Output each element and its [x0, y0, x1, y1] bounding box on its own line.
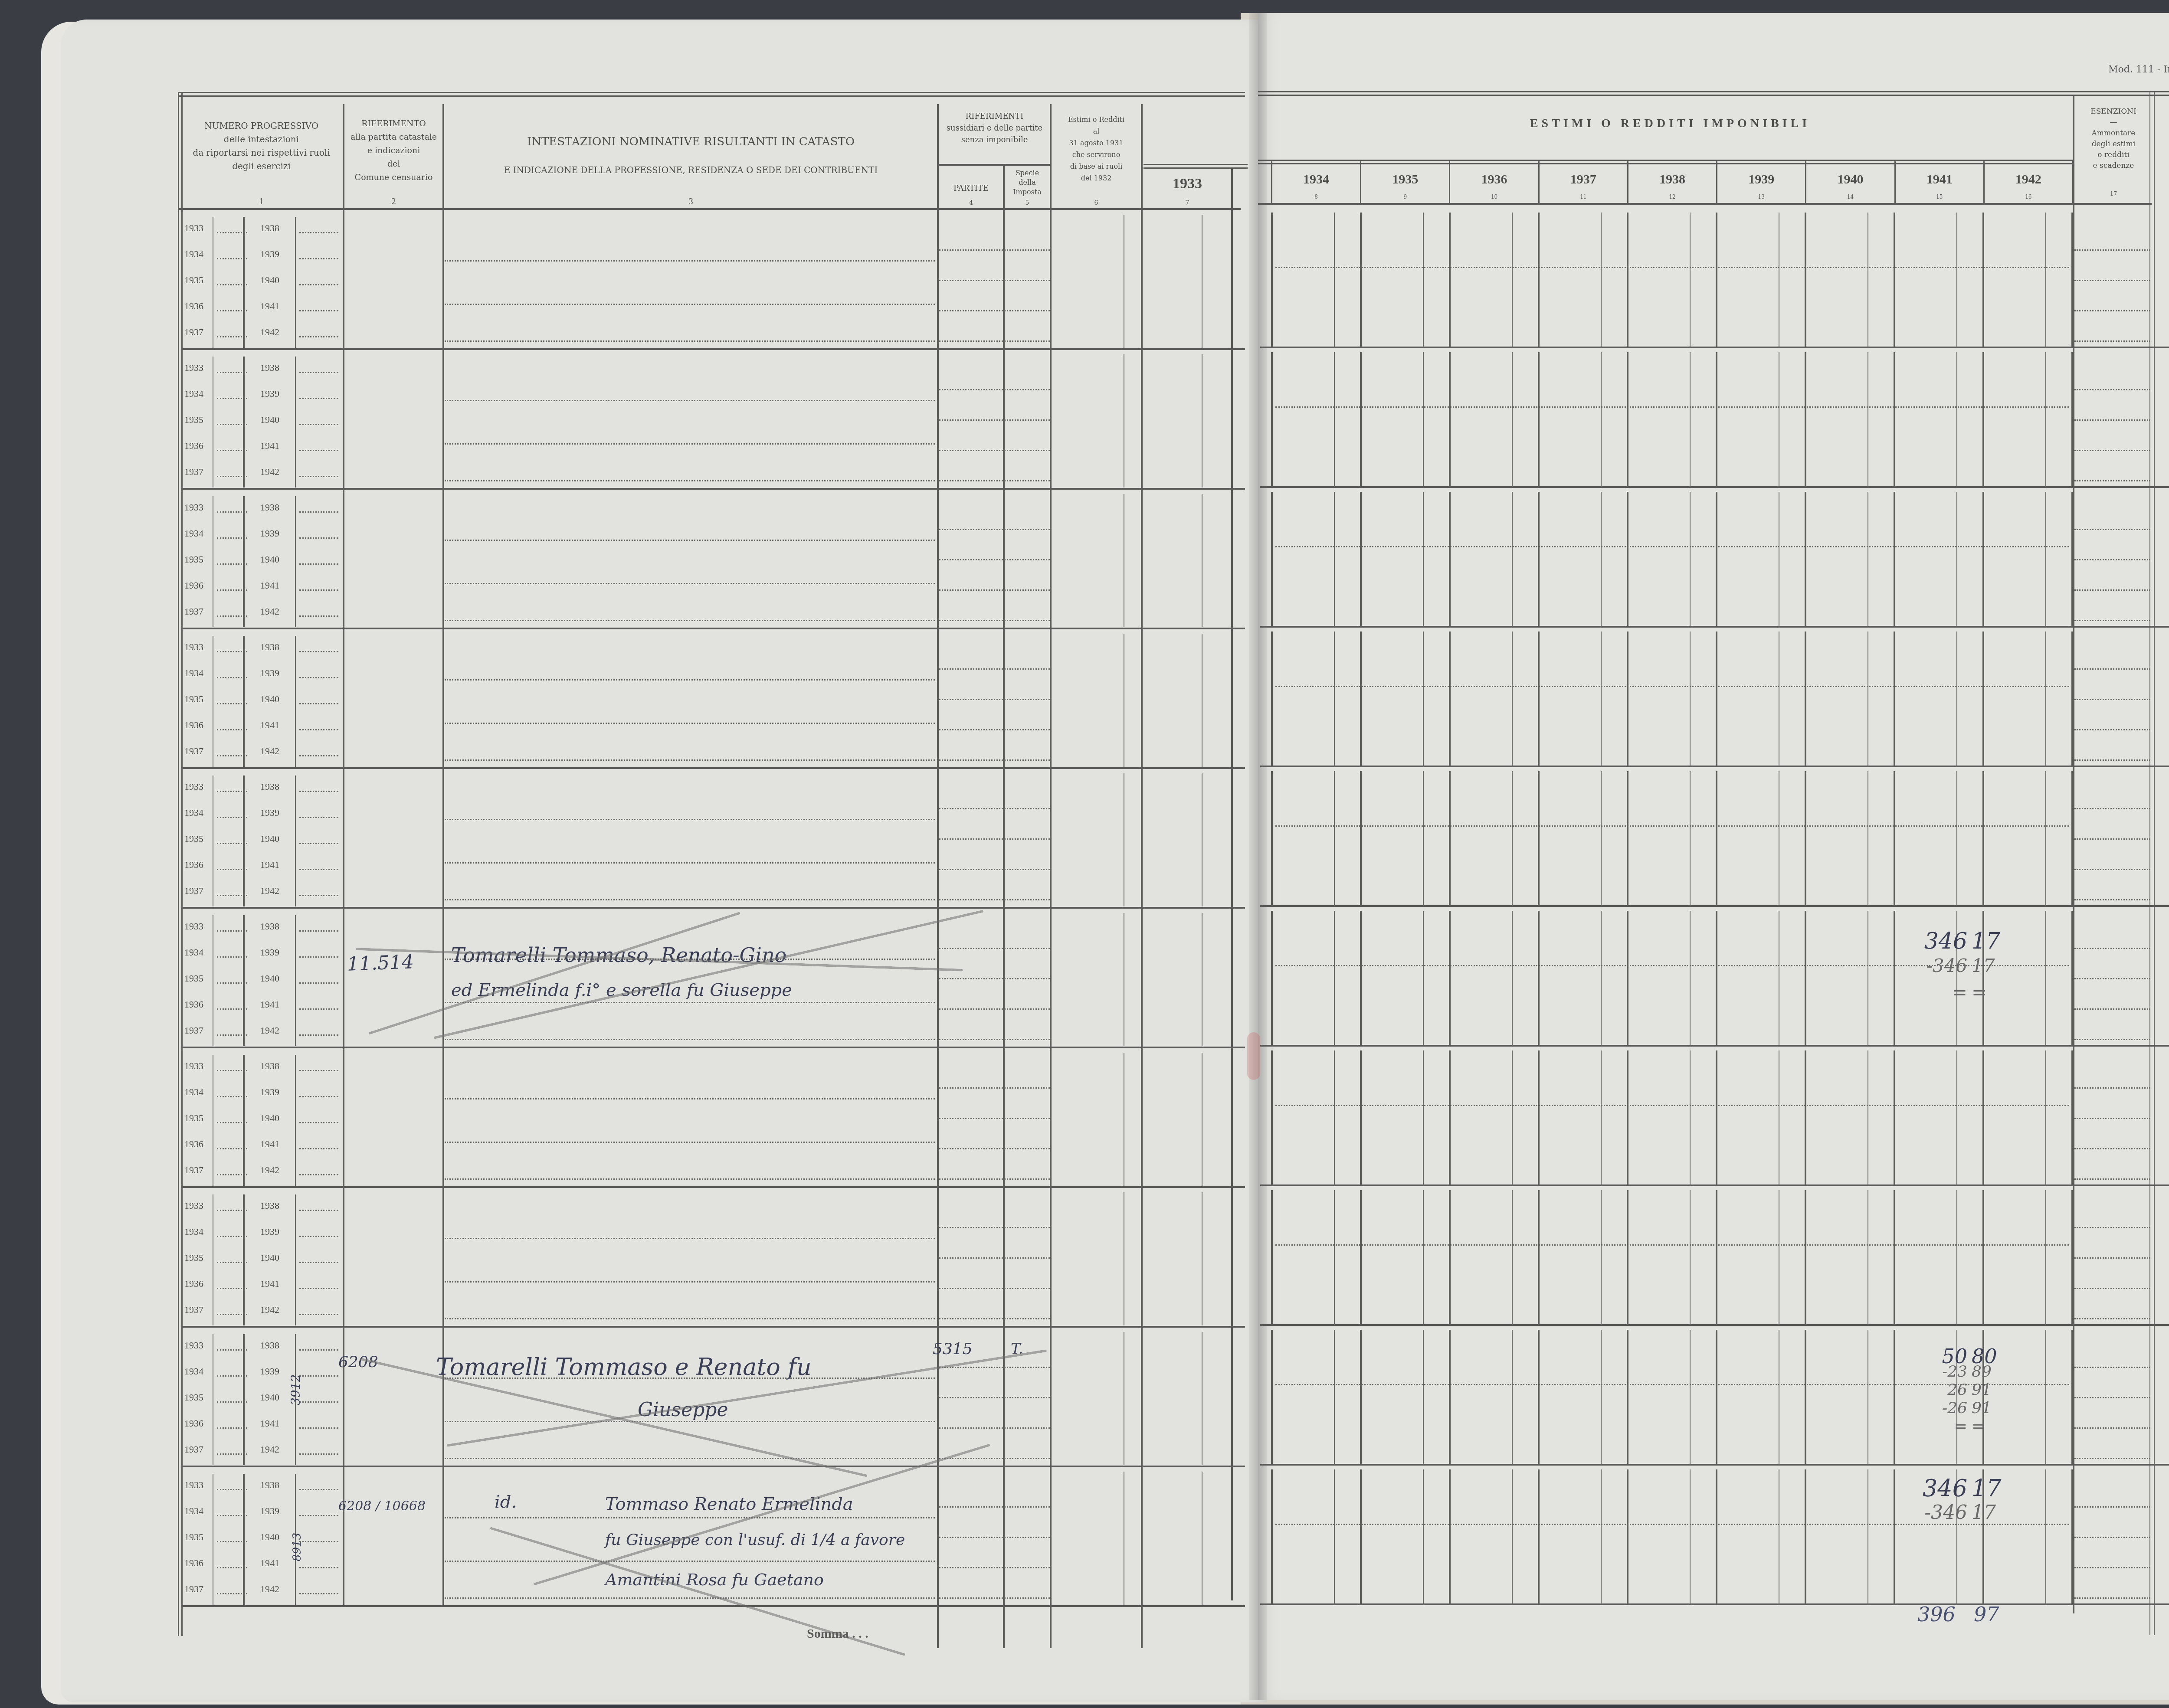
col-divider	[1982, 632, 1984, 767]
row-year-label: 1939	[260, 388, 279, 399]
col-number: 15	[1896, 194, 1983, 200]
fill-line	[939, 1178, 1050, 1180]
fill-line	[445, 1458, 935, 1459]
row-block-rule	[182, 767, 1245, 769]
fill-line	[445, 340, 935, 342]
fill-line	[299, 1096, 338, 1097]
cent-divider	[1512, 492, 1513, 627]
col-divider	[1805, 771, 1806, 906]
row-year-label: 1939	[260, 667, 279, 679]
cent-divider	[1423, 1469, 1424, 1605]
value-lire: 346	[1907, 928, 1967, 954]
row-block-rule	[1260, 1603, 2169, 1605]
fill-line	[939, 1537, 1050, 1538]
row-year-label: 1941	[260, 1418, 279, 1429]
cent-divider	[2045, 352, 2046, 488]
col-divider	[1627, 352, 1628, 488]
col-divider	[1124, 634, 1124, 767]
cent-divider	[1779, 632, 1779, 767]
row-year-label: 1936	[184, 1557, 203, 1569]
cent-divider	[1868, 911, 1868, 1046]
row-year-label: 1933	[184, 1340, 203, 1351]
col-divider	[1124, 913, 1124, 1046]
fill-line	[445, 862, 935, 864]
col-divider	[213, 217, 213, 348]
row-year-label: 1935	[184, 833, 203, 844]
col-number: 8	[1272, 194, 1360, 200]
fill-line	[445, 1178, 935, 1180]
sum-1941-cent: 97	[1974, 1603, 1999, 1626]
col-divider	[1449, 492, 1451, 627]
year-header-cell: 193711	[1538, 161, 1627, 203]
fill-line	[2074, 1227, 2150, 1228]
col-divider	[1360, 352, 1362, 488]
fill-line	[445, 400, 935, 401]
row-year-label: 1940	[260, 1531, 279, 1543]
row-year-label: 1940	[260, 833, 279, 844]
col-divider	[295, 775, 296, 906]
header-line: che servirono	[1052, 149, 1141, 160]
col-divider	[1716, 771, 1717, 906]
fill-line	[2074, 759, 2150, 761]
col-divider	[295, 217, 296, 348]
fill-line	[2074, 1087, 2150, 1089]
header-line: degli esercizi	[180, 160, 343, 173]
row-year-label: 1942	[260, 1584, 279, 1595]
cent-divider	[1512, 1330, 1513, 1465]
fill-line	[299, 677, 338, 678]
fill-line	[939, 1458, 1050, 1459]
row-year-label: 1933	[184, 1200, 203, 1211]
entry-partita: 11.514	[347, 951, 414, 975]
fill-line	[2074, 899, 2150, 900]
row-year-label: 1933	[184, 222, 203, 234]
col-divider	[1449, 771, 1451, 906]
col-divider	[937, 104, 939, 1648]
cent-divider	[1423, 352, 1424, 488]
row-year-label: 1941	[260, 301, 279, 312]
fill-line	[445, 1421, 935, 1422]
col-divider	[1449, 352, 1451, 488]
header-line: Comune censuario	[345, 171, 442, 184]
col-divider	[1124, 1472, 1124, 1605]
col-divider	[1538, 771, 1540, 906]
col-divider	[1271, 352, 1273, 488]
cent-divider	[1334, 771, 1335, 906]
col-divider	[1202, 215, 1202, 348]
col-divider	[2071, 911, 2073, 1046]
col-divider	[1627, 1190, 1628, 1325]
value-lire: =	[1907, 1417, 1967, 1435]
value-lire: -23	[1907, 1363, 1967, 1381]
cent-divider	[1334, 213, 1335, 348]
col-divider	[1716, 213, 1717, 348]
row-year-label: 1936	[184, 580, 203, 591]
cent-divider	[1601, 492, 1602, 627]
header-col2: RIFERIMENTO alla partita catastale e ind…	[345, 117, 442, 184]
cent-divider	[2045, 213, 2046, 348]
cent-divider	[1423, 213, 1424, 348]
fill-line	[939, 1367, 1050, 1368]
header-line: alla partita catastale	[345, 131, 442, 144]
year-label: 1935	[1361, 172, 1449, 187]
fill-line	[299, 563, 338, 565]
row-year-label: 1942	[260, 1304, 279, 1315]
col-divider	[1538, 1190, 1540, 1325]
fill-line	[299, 1593, 338, 1594]
fill-line	[299, 424, 338, 425]
fill-line	[2074, 1148, 2150, 1149]
stain	[1247, 1032, 1260, 1080]
fill-line	[299, 310, 338, 311]
row-year-label: 1935	[184, 1531, 203, 1543]
fill-line	[1275, 825, 2069, 827]
cent-divider	[1512, 771, 1513, 906]
fill-line	[939, 1288, 1050, 1289]
cent-divider	[1601, 911, 1602, 1046]
row-block-rule	[1260, 766, 2169, 767]
row-year-label: 1942	[260, 885, 279, 897]
cent-divider	[1512, 632, 1513, 767]
fill-line	[445, 1098, 935, 1099]
fill-line	[445, 1002, 935, 1003]
header-col3-subtitle: E INDICAZIONE DELLA PROFESSIONE, RESIDEN…	[445, 163, 937, 177]
row-block-rule	[1260, 1324, 2169, 1326]
cent-divider	[1601, 632, 1602, 767]
row-block-rule	[182, 1605, 1245, 1607]
subheader-rule	[1143, 164, 1248, 169]
fill-line	[2074, 1597, 2150, 1599]
fill-line	[939, 1506, 1050, 1508]
col-divider	[1627, 632, 1628, 767]
fill-line	[2074, 249, 2150, 251]
col-divider	[1894, 1330, 1895, 1465]
fill-line	[299, 791, 338, 792]
col-divider	[2071, 1469, 2073, 1605]
cent-divider	[1956, 352, 1957, 488]
right-table-top-border	[2152, 91, 2169, 96]
col-divider	[1805, 911, 1806, 1046]
cent-divider	[1334, 492, 1335, 627]
fill-line	[2074, 808, 2150, 809]
fill-line	[299, 1210, 338, 1211]
row-block-rule	[182, 1186, 1245, 1188]
header-line: al	[1052, 125, 1141, 137]
fill-line	[445, 1142, 935, 1143]
fill-line	[939, 899, 1050, 900]
cent-divider	[1868, 213, 1868, 348]
col-divider	[1894, 1190, 1895, 1325]
col-divider	[1894, 213, 1895, 348]
sum-label: Somma . . .	[807, 1626, 868, 1641]
fill-line	[1275, 1105, 2069, 1106]
fill-line	[299, 589, 338, 591]
fill-line	[299, 372, 338, 373]
cent-divider	[1512, 1469, 1513, 1605]
fill-line	[939, 450, 1050, 451]
header-line: delle intestazioni	[180, 133, 343, 146]
row-year-label: 1935	[184, 694, 203, 705]
fill-line	[299, 930, 338, 932]
year-label: 1942	[1985, 172, 2072, 187]
value-cent: 17	[1972, 928, 2000, 954]
fill-line	[299, 1262, 338, 1263]
col-divider	[213, 1474, 213, 1605]
col-divider	[1627, 911, 1628, 1046]
col-divider	[1003, 165, 1005, 1648]
cent-divider	[1423, 1050, 1424, 1186]
col-divider	[1271, 771, 1273, 906]
col-divider	[243, 1194, 245, 1325]
col-divider	[1894, 492, 1895, 627]
fill-line	[445, 540, 935, 541]
value-lire: -26	[1907, 1399, 1967, 1417]
col-number: 5	[1005, 200, 1050, 206]
fill-line	[939, 1397, 1050, 1398]
col-divider	[1805, 1469, 1806, 1605]
fill-line	[445, 304, 935, 305]
col-divider	[1894, 1469, 1895, 1605]
fill-line	[299, 729, 338, 730]
row-block-rule	[182, 488, 1245, 490]
col-divider	[295, 636, 296, 767]
fill-line	[2074, 480, 2150, 481]
col-divider	[1271, 1330, 1273, 1465]
fill-line	[299, 1349, 338, 1351]
col-divider	[1202, 354, 1202, 488]
fill-line	[939, 419, 1050, 421]
row-year-label: 1934	[184, 388, 203, 399]
col-divider	[1805, 1330, 1806, 1465]
col-divider	[1202, 1192, 1202, 1325]
fill-line	[299, 982, 338, 984]
fill-line	[2074, 1427, 2150, 1429]
fill-line	[2074, 1288, 2150, 1289]
col-divider	[243, 1055, 245, 1186]
header-line: NUMERO PROGRESSIVO	[180, 119, 343, 133]
row-year-label: 1938	[260, 1060, 279, 1072]
row-year-label: 1941	[260, 859, 279, 870]
row-year-label: 1933	[184, 1060, 203, 1072]
row-block-rule	[1260, 486, 2169, 488]
row-year-label: 1941	[260, 1557, 279, 1569]
subheader-rule	[937, 164, 1050, 166]
fill-line	[939, 948, 1050, 949]
fill-line	[2074, 978, 2150, 979]
header-line: e scadenze	[2074, 160, 2153, 171]
col-divider	[1360, 213, 1362, 348]
col-divider	[295, 496, 296, 627]
fill-line	[299, 1148, 338, 1149]
value-cent: 91	[1972, 1399, 1992, 1417]
fill-line	[2074, 559, 2150, 560]
col-number: 10	[1450, 194, 1538, 200]
fill-line	[299, 703, 338, 704]
col-divider	[1716, 911, 1717, 1046]
cent-divider	[2045, 771, 2046, 906]
cent-divider	[1779, 1469, 1779, 1605]
row-year-label: 1937	[184, 1165, 203, 1176]
col-divider	[1805, 1050, 1806, 1186]
col-divider	[1894, 352, 1895, 488]
fill-line	[939, 978, 1050, 979]
row-year-label: 1933	[184, 781, 203, 792]
cent-divider	[2045, 911, 2046, 1046]
header-line: —	[2074, 117, 2153, 128]
fill-line	[299, 1427, 338, 1429]
value-lire: =	[1907, 982, 1967, 1003]
fill-line	[299, 895, 338, 896]
fill-line	[2074, 1567, 2150, 1568]
right-table-top-border	[1258, 91, 2152, 96]
col-number: 18	[2156, 191, 2169, 197]
value-cent: 17	[1972, 1475, 2002, 1502]
col-divider	[213, 357, 213, 488]
fill-line	[445, 443, 935, 445]
row-year-label: 1937	[184, 327, 203, 338]
fill-line	[939, 668, 1050, 670]
fill-line	[445, 1281, 935, 1283]
fill-line	[939, 389, 1050, 390]
fill-line	[299, 1489, 338, 1490]
fill-line	[939, 869, 1050, 870]
fill-line	[939, 1118, 1050, 1119]
fill-line	[1275, 1524, 2069, 1525]
col-divider	[1538, 213, 1540, 348]
cent-divider	[1601, 352, 1602, 488]
fill-line	[299, 956, 338, 958]
col-divider	[1124, 1332, 1124, 1465]
col-number: 3	[445, 197, 937, 206]
row-year-label: 1936	[184, 1278, 203, 1289]
col-divider	[343, 104, 344, 1605]
col-divider	[295, 357, 296, 488]
col-divider	[2071, 492, 2073, 627]
fill-line	[939, 559, 1050, 560]
fill-line	[2074, 1537, 2150, 1538]
col-divider	[1627, 213, 1628, 348]
row-year-label: 1935	[184, 554, 203, 565]
col-divider	[1894, 632, 1895, 767]
row-year-label: 1934	[184, 667, 203, 679]
header-line: di base ai ruoli	[1052, 160, 1141, 172]
col-divider	[1627, 492, 1628, 627]
fill-line	[445, 1597, 935, 1599]
col-divider	[1271, 1050, 1273, 1186]
col-number: 13	[1717, 194, 1805, 200]
fill-line	[939, 1008, 1050, 1010]
value-lire: 346	[1907, 1475, 1967, 1502]
cent-divider	[2045, 1190, 2046, 1325]
col-number: 2	[345, 197, 442, 206]
col-divider	[243, 915, 245, 1046]
cent-divider	[1690, 213, 1691, 348]
col-divider	[1716, 1190, 1717, 1325]
right-header-bottom-rule	[1258, 203, 2152, 205]
col-divider	[1982, 1050, 1984, 1186]
fill-line	[2074, 1367, 2150, 1368]
header-col4: PARTITE	[939, 181, 1003, 196]
fill-line	[2074, 1318, 2150, 1319]
col-divider	[1124, 773, 1124, 906]
col-divider	[1538, 1330, 1540, 1465]
row-year-label: 1941	[260, 1278, 279, 1289]
row-block-rule	[182, 1466, 1245, 1467]
header-line: 31 agosto 1931	[1052, 137, 1141, 149]
row-year-label: 1934	[184, 947, 203, 958]
col-divider	[1360, 632, 1362, 767]
col-divider	[243, 217, 245, 348]
fill-line	[939, 729, 1050, 730]
fill-line	[939, 1087, 1050, 1089]
row-year-label: 1939	[260, 249, 279, 260]
col-divider	[213, 915, 213, 1046]
row-year-label: 1933	[184, 502, 203, 513]
row-year-label: 1935	[184, 1252, 203, 1263]
fill-line	[299, 651, 338, 652]
row-year-label: 1939	[260, 1226, 279, 1237]
entry-side-number: 3912	[288, 1374, 303, 1405]
col-divider	[1716, 352, 1717, 488]
col-divider	[243, 357, 245, 488]
col-divider	[1271, 632, 1273, 767]
col-divider	[1202, 1332, 1202, 1465]
header-line: della	[1005, 178, 1050, 187]
cent-divider	[1334, 1469, 1335, 1605]
col-divider	[1202, 1053, 1202, 1186]
year-headers: 19348 19359 193610 193711 193812 193913 …	[1271, 161, 2074, 203]
col-number: 12	[1628, 194, 1716, 200]
fill-line	[939, 1597, 1050, 1599]
cent-divider	[1423, 1190, 1424, 1325]
value-lire: -346	[1907, 955, 1967, 976]
col-number: 6	[1052, 200, 1141, 206]
col-divider	[1202, 494, 1202, 627]
fill-line	[299, 258, 338, 259]
col-divider	[1627, 1050, 1628, 1186]
cent-divider	[1601, 213, 1602, 348]
entry-partita: 6208 / 10668	[338, 1499, 426, 1514]
cent-divider	[1512, 1190, 1513, 1325]
header-line: del	[345, 157, 442, 171]
fill-line	[2074, 1178, 2150, 1180]
row-year-label: 1937	[184, 1304, 203, 1315]
row-block-rule	[1260, 905, 2169, 907]
fill-line	[445, 819, 935, 820]
fill-line	[2074, 419, 2150, 421]
col-divider	[1124, 1192, 1124, 1325]
row-year-label: 1939	[260, 1505, 279, 1517]
cent-divider	[1423, 492, 1424, 627]
entry-name-prefix: id.	[495, 1492, 517, 1512]
header-bottom-rule	[178, 208, 1241, 210]
col-divider	[1627, 1469, 1628, 1605]
fill-line	[2074, 529, 2150, 530]
col-number: 11	[1540, 194, 1627, 200]
fill-line	[939, 1427, 1050, 1429]
fill-line	[299, 817, 338, 818]
col-divider	[1449, 1190, 1451, 1325]
fill-line	[299, 1122, 338, 1123]
col-divider	[1982, 213, 1984, 348]
cent-divider	[1512, 1050, 1513, 1186]
row-year-label: 1942	[260, 466, 279, 478]
col-divider	[2071, 1190, 2073, 1325]
col-divider	[1271, 911, 1273, 1046]
value-cent: =	[1972, 1417, 1985, 1435]
col-divider	[1050, 104, 1052, 1648]
entry-name-line1: Tomarelli Tommaso e Renato fu	[436, 1353, 812, 1381]
